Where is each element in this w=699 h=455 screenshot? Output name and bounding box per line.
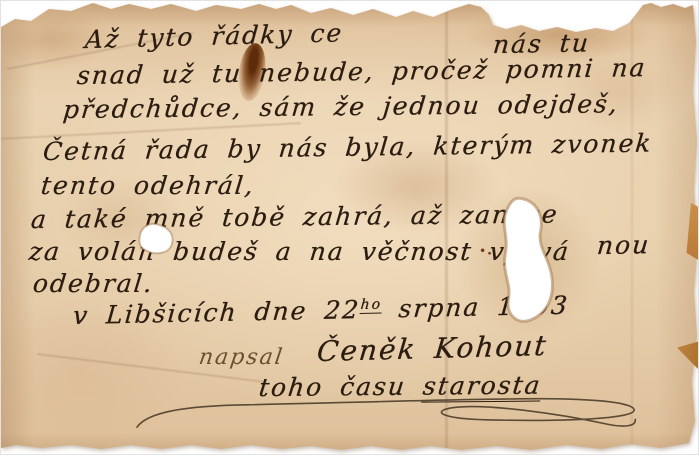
- signature-title: toho času starosta: [257, 371, 543, 402]
- letter-line-6: a také mně tobě zahrá, až zanese: [30, 199, 560, 234]
- dateline-prefix: v Libšicích dne 22: [72, 295, 362, 330]
- letter-line-7a: za volán budeš a na věčnost vyzvá: [27, 237, 571, 266]
- letter-line-8: odebral.: [31, 269, 155, 298]
- signature-title-word: starosta: [421, 371, 543, 403]
- letter-line-5: tento odehrál,: [39, 171, 256, 200]
- letter-line-7b: nou: [596, 230, 652, 260]
- signature-name: Čeněk Kohout: [315, 329, 549, 368]
- scanned-letter-image: Až tyto řádky ce nás tu snad už tu nebud…: [0, 0, 699, 455]
- signature-title-prefix: toho času: [257, 372, 407, 402]
- dateline-superscript: ho: [360, 296, 383, 313]
- letter-line-3: předchůdce, sám že jednou odejdeš,: [62, 89, 621, 124]
- dateline-suffix: srpna 1903: [380, 291, 570, 324]
- signature-napsal: napsal: [197, 345, 285, 370]
